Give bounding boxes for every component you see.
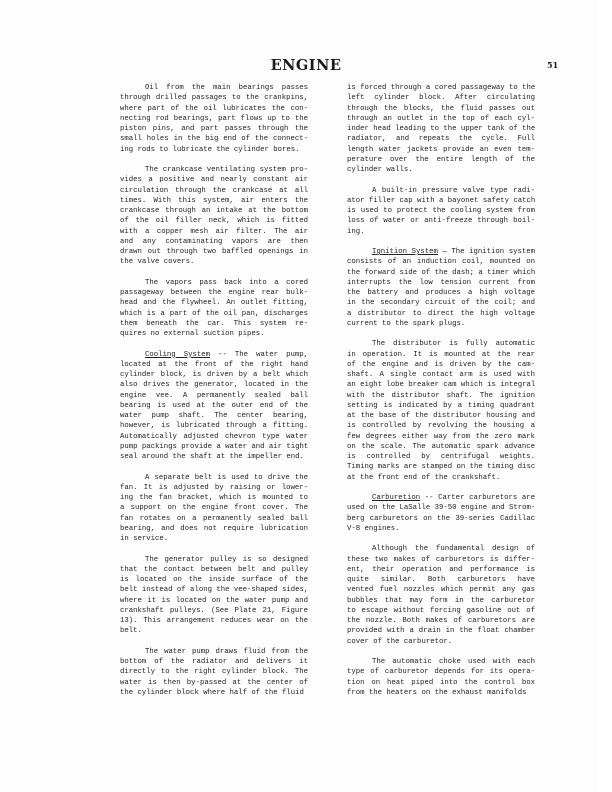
paragraph-line: tion on heat piped into the control box: [347, 678, 535, 688]
paragraph-line: Timing marks are stamped on the timing d…: [347, 462, 535, 472]
paragraph-line: quite similar. Both carburetors have: [347, 575, 535, 585]
paragraph-line: The water pump draws fluid from the: [120, 647, 308, 657]
paragraph-line: current to the spark plugs.: [347, 319, 535, 329]
paragraph-line: setting is indicated by a timing quadran…: [347, 401, 535, 411]
paragraph-line: interrupts the low tension current from: [347, 278, 535, 288]
paragraph-line: the forward side of the dash; a timer wh…: [347, 268, 535, 278]
paragraph-line: them beneath the car. This system re-: [120, 319, 308, 329]
paragraph-line: to escape without forcing gasoline out o…: [347, 606, 535, 616]
paragraph-line: Automatically adjusted chevron type wate…: [120, 432, 308, 442]
paragraph-line: seal around the shaft at the impeller en…: [120, 452, 308, 462]
paragraph-line: The vapors pass back into a cored: [120, 278, 308, 288]
paragraph-line: ing rods to lubricate the cylinder bores…: [120, 145, 308, 155]
paragraph: The vapors pass back into a coredpassage…: [120, 278, 308, 340]
paragraph-line: fan rotates on a permanently sealed ball: [120, 514, 308, 524]
document-page: ENGINE 51 Oil from the main bearings pas…: [0, 0, 598, 792]
section-heading-suffix: -- Carter carburetors are: [420, 494, 535, 502]
paragraph-line: through drilled passages to the crankpin…: [120, 93, 308, 103]
section-paragraph: Cooling System -- The water pump,located…: [120, 350, 308, 463]
paragraph-line: belt instead of along the vee-shaped sid…: [120, 585, 308, 595]
section-paragraph: Carburetion -- Carter carburetors areuse…: [347, 493, 535, 534]
paragraph-line: engine vee. A permanently sealed ball: [120, 391, 308, 401]
paragraph: The automatic choke used with eachtype o…: [347, 657, 535, 698]
paragraph-line: is controlled by centrifugal weights.: [347, 452, 535, 462]
paragraph-line: vented fuel nozzles which permit any gas: [347, 585, 535, 595]
paragraph-line: at the front end of the crankshaft.: [347, 473, 535, 483]
paragraph-line: bearing is used at the outer end of the: [120, 401, 308, 411]
paragraph-line: where part of the oil lubricates the con…: [120, 104, 308, 114]
paragraph-line: the nozzle. Both makes of carburetors ar…: [347, 616, 535, 626]
section-heading: Cooling System: [145, 351, 210, 359]
paragraph-line: passageway between the engine rear bulk-: [120, 288, 308, 298]
paragraph: A separate belt is used to drive thefan.…: [120, 473, 308, 545]
paragraph: The distributor is fully automaticin ope…: [347, 339, 535, 483]
paragraph-line: 13). This arrangement reduces wear on th…: [120, 616, 308, 626]
paragraph-line: radiator, and repeats the cycle. Full: [347, 134, 535, 144]
paragraph-line: drawn out through two baffled openings i…: [120, 247, 308, 257]
section-heading-suffix: -- The water pump,: [210, 351, 308, 359]
paragraph-line: crankshaft pulleys. (See Plate 21, Figur…: [120, 606, 308, 616]
left-column: Oil from the main bearings passesthrough…: [120, 83, 308, 708]
paragraph-line: these two makes of carburetors is differ…: [347, 555, 535, 565]
paragraph-line: Cooling System -- The water pump,: [120, 350, 308, 360]
paragraph: Oil from the main bearings passesthrough…: [120, 83, 308, 155]
paragraph-line: is forced through a cored passageway to …: [347, 83, 535, 93]
paragraph-line: fan. It is adjusted by raising or lower-: [120, 483, 308, 493]
paragraph-line: V-8 engines.: [347, 524, 535, 534]
paragraph: is forced through a cored passageway to …: [347, 83, 535, 175]
paragraph-line: perature over the entire length of the: [347, 155, 535, 165]
paragraph-line: water is then by-passed at the center of: [120, 678, 308, 688]
paragraph: The water pump draws fluid from thebotto…: [120, 647, 308, 698]
paragraph-line: ing.: [347, 227, 535, 237]
section-paragraph: Ignition System — The ignition systemcon…: [347, 247, 535, 329]
paragraph-line: also drives the generator, located in th…: [120, 380, 308, 390]
paragraph-line: cover of the carburetor.: [347, 637, 535, 647]
paragraph-line: at the base of the distributor housing a…: [347, 411, 535, 421]
paragraph-line: which is a part of the oil pan, discharg…: [120, 309, 308, 319]
paragraph-line: through an outlet in the top of each cyl…: [347, 114, 535, 124]
paragraph-line: the battery and produces a high voltage: [347, 288, 535, 298]
paragraph-line: ing the fan bracket, which is mounted to: [120, 493, 308, 503]
paragraph-line: a distributor to direct the high voltage: [347, 309, 535, 319]
paragraph-line: cylinder walls.: [347, 165, 535, 175]
paragraph-line: with the distributor shaft. The ignition: [347, 391, 535, 401]
paragraph-line: where it is located on the water pump an…: [120, 596, 308, 606]
paragraph-line: used on the LaSalle 39-50 engine and Str…: [347, 503, 535, 513]
section-heading: Ignition System: [372, 248, 438, 256]
paragraph-line: loss of water or anti-freeze through boi…: [347, 216, 535, 226]
paragraph-line: on the scale. The automatic spark advanc…: [347, 442, 535, 452]
paragraph: A built-in pressure valve type radi-ator…: [347, 186, 535, 237]
paragraph-line: ent, their operation and performance is: [347, 565, 535, 575]
paragraph-line: of the engine and is driven by the cam-: [347, 360, 535, 370]
paragraph-line: however, is lubricated through a fitting…: [120, 421, 308, 431]
paragraph-line: and any contaminating vapors are then: [120, 237, 308, 247]
paragraph-line: ator filler cap with a bayonet safety ca…: [347, 196, 535, 206]
paragraph-line: length water jackets provide an even tem…: [347, 145, 535, 155]
section-heading: Carburetion: [372, 494, 420, 502]
paragraph-line: bubbles that may form in the carburetor: [347, 596, 535, 606]
paragraph-line: the valve covers.: [120, 257, 308, 267]
paragraph-line: an eight lobe breaker cam which is integ…: [347, 380, 535, 390]
page-number: 51: [547, 60, 558, 70]
paragraph: The crankcase ventilating system pro-vid…: [120, 165, 308, 268]
paragraph-line: belt.: [120, 626, 308, 636]
paragraph-line: Carburetion -- Carter carburetors are: [347, 493, 535, 503]
paragraph-line: crankcase through an intake at the botto…: [120, 206, 308, 216]
paragraph-line: in operation. It is mounted at the rear: [347, 350, 535, 360]
paragraph-line: with a copper mesh air filter. The air: [120, 227, 308, 237]
paragraph-line: left cylinder block. After circulating: [347, 93, 535, 103]
paragraph-line: The crankcase ventilating system pro-: [120, 165, 308, 175]
paragraph-line: located at the front of the right hand: [120, 360, 308, 370]
paragraph-line: vides a positive and nearly constant air: [120, 175, 308, 185]
paragraph-line: is located on the inside surface of the: [120, 575, 308, 585]
paragraph-line: inder head leading to the upper tank of …: [347, 124, 535, 134]
paragraph-line: water pump shaft. The center bearing,: [120, 411, 308, 421]
paragraph-line: A separate belt is used to drive the: [120, 473, 308, 483]
page-title: ENGINE: [0, 57, 612, 74]
paragraph-line: times. With this system, air enters the: [120, 196, 308, 206]
paragraph-line: quires no external suction pipes.: [120, 329, 308, 339]
section-heading-suffix: — The ignition system: [438, 248, 535, 256]
paragraph-line: The automatic choke used with each: [347, 657, 535, 667]
paragraph-line: provided with a drain in the float chamb…: [347, 626, 535, 636]
paragraph-line: shaft. A single contact arm is used with: [347, 370, 535, 380]
paragraph-line: a support on the engine front cover. The: [120, 503, 308, 513]
paragraph-line: small holes in the big end of the connec…: [120, 134, 308, 144]
paragraph-line: Oil from the main bearings passes: [120, 83, 308, 93]
paragraph-line: Although the fundamental design of: [347, 544, 535, 554]
paragraph-line: berg carburetors on the 39-series Cadill…: [347, 514, 535, 524]
paragraph-line: is used to protect the cooling system fr…: [347, 206, 535, 216]
paragraph-line: in service.: [120, 534, 308, 544]
paragraph-line: the cylinder block where half of the flu…: [120, 688, 308, 698]
paragraph-line: of the oil filler neck, which is fitted: [120, 216, 308, 226]
paragraph: Although the fundamental design ofthese …: [347, 544, 535, 647]
paragraph-line: head and the flywheel. An outlet fitting…: [120, 298, 308, 308]
paragraph-line: that the contact between belt and pulley: [120, 565, 308, 575]
paragraph-line: type of carburetor depends for its opera…: [347, 667, 535, 677]
paragraph-line: The generator pulley is so designed: [120, 555, 308, 565]
paragraph-line: bearing, and does not require lubricatio…: [120, 524, 308, 534]
paragraph-line: pump packings provide a water and air ti…: [120, 442, 308, 452]
paragraph-line: in the secondary circuit of the coil; an…: [347, 298, 535, 308]
paragraph-line: necting rod bearings, part flows up to t…: [120, 114, 308, 124]
paragraph-line: from the heaters on the exhaust manifold…: [347, 688, 535, 698]
paragraph-line: consists of an induction coil, mounted o…: [347, 257, 535, 267]
paragraph-line: piston pins, and part passes through the: [120, 124, 308, 134]
paragraph-line: A built-in pressure valve type radi-: [347, 186, 535, 196]
paragraph-line: few degrees either way from the zero mar…: [347, 432, 535, 442]
paragraph-line: circulation through the crankcase at all: [120, 186, 308, 196]
paragraph-line: through the blocks, the fluid passes out: [347, 104, 535, 114]
paragraph: The generator pulley is so designedthat …: [120, 555, 308, 637]
paragraph-line: directly to the right cylinder block. Th…: [120, 667, 308, 677]
paragraph-line: cylinder block, is driven by a belt whic…: [120, 370, 308, 380]
paragraph-line: bottom of the radiator and delivers it: [120, 657, 308, 667]
paragraph-line: The distributor is fully automatic: [347, 339, 535, 349]
paragraph-line: is controlled by revolving the housing a: [347, 421, 535, 431]
right-column: is forced through a cored passageway to …: [347, 83, 535, 708]
paragraph-line: Ignition System — The ignition system: [347, 247, 535, 257]
